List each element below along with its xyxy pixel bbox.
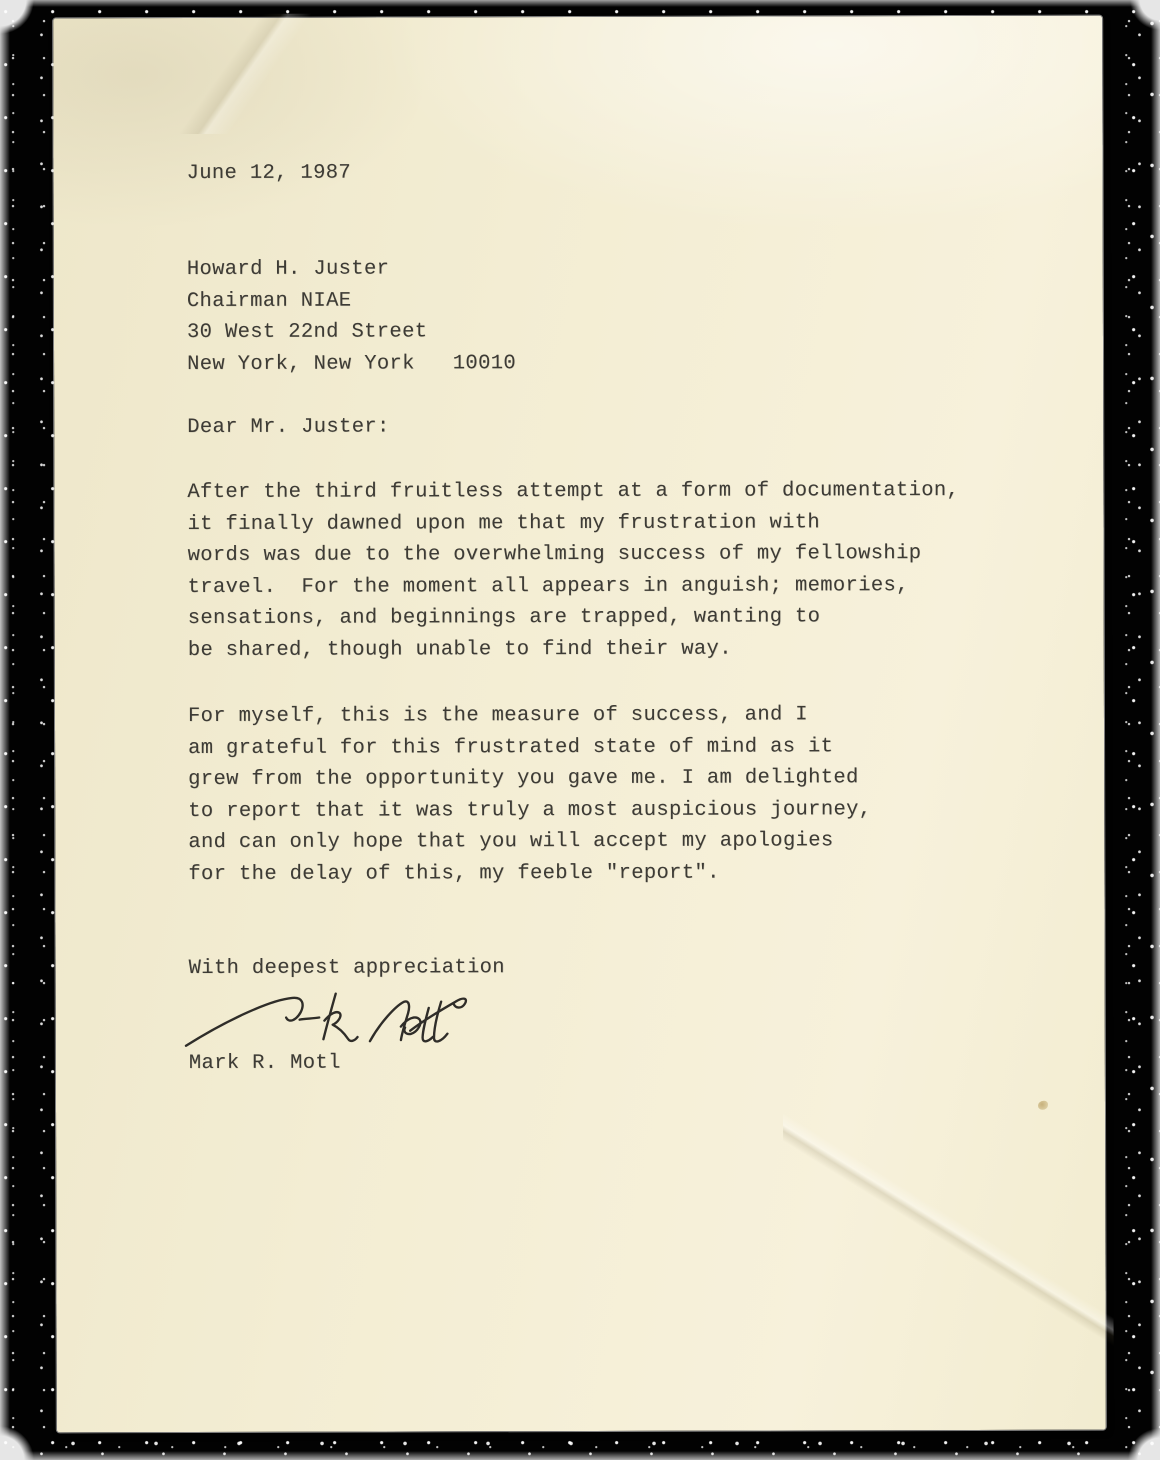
paper-crease-bottom-right [783, 1020, 1114, 1441]
scan-border: June 12, 1987 Howard H. Juster Chairman … [0, 0, 1160, 1460]
signer-name: Mark R. Motl [189, 1048, 341, 1080]
paper-crease-top-left [93, 13, 393, 134]
body-paragraph-1: After the third fruitless attempt at a f… [187, 475, 959, 666]
paper-blemish [1038, 1101, 1048, 1110]
body-paragraph-2: For myself, this is the measure of succe… [188, 699, 872, 890]
salutation: Dear Mr. Juster: [187, 411, 390, 443]
recipient-address: Howard H. Juster Chairman NIAE 30 West 2… [187, 253, 516, 380]
letter-date: June 12, 1987 [187, 158, 352, 190]
letter-page: June 12, 1987 Howard H. Juster Chairman … [53, 16, 1106, 1433]
